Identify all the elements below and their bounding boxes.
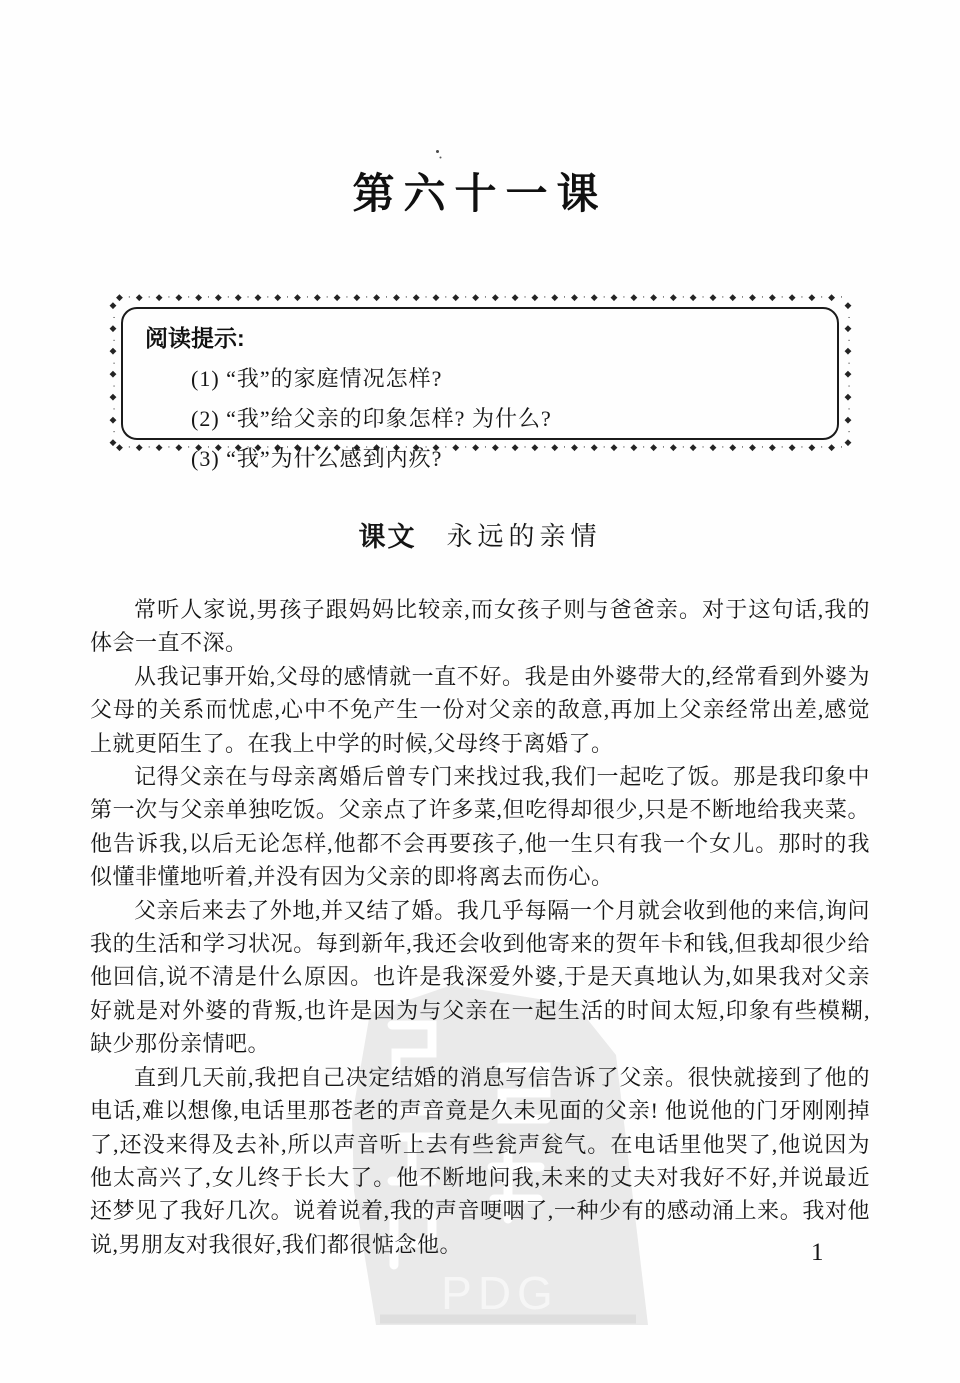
lesson-text-heading: 课文 永远的亲情 bbox=[0, 515, 960, 554]
body-paragraph-3: 记得父亲在与母亲离婚后曾专门来找过我,我们一起吃了饭。那是我印象中第一次与父亲单… bbox=[90, 760, 870, 894]
decorative-border-left: ◆·◆·◆·◆·◆·◆·◆·◆·◆·◆·◆·◆·◆·◆·◆·◆·◆·◆·◆·◆· bbox=[107, 301, 118, 446]
lesson-text-title: 永远的亲情 bbox=[446, 522, 601, 551]
reading-hints-box: ◆·◆·◆·◆·◆·◆·◆·◆·◆·◆·◆·◆·◆·◆·◆·◆·◆·◆·◆·◆·… bbox=[108, 295, 852, 452]
section-label: 课文 bbox=[358, 522, 416, 552]
textbook-page: PDG 第六十一课 ◆·◆·◆·◆·◆·◆·◆·◆·◆·◆·◆·◆·◆·◆·◆·… bbox=[0, 0, 960, 1383]
lesson-body: 常听人家说,男孩子跟妈妈比较亲,而女孩子则与爸爸亲。对于这句话,我的体会一直不深… bbox=[90, 593, 870, 1261]
decorative-border-top: ◆·◆·◆·◆·◆·◆·◆·◆·◆·◆·◆·◆·◆·◆·◆·◆·◆·◆·◆·◆·… bbox=[116, 293, 844, 304]
body-paragraph-4: 父亲后来去了外地,并又结了婚。我几乎每隔一个月就会收到他的来信,询问我的生活和学… bbox=[90, 894, 870, 1061]
reading-hint-question-3: (3) “我”为什么感到内疚? bbox=[191, 442, 817, 473]
scan-artifact-dot bbox=[436, 150, 439, 153]
body-paragraph-1: 常听人家说,男孩子跟妈妈比较亲,而女孩子则与爸爸亲。对于这句话,我的体会一直不深… bbox=[90, 593, 870, 660]
lesson-title: 第六十一课 bbox=[0, 0, 960, 221]
reading-hints-heading: 阅读提示: bbox=[145, 320, 817, 353]
body-paragraph-2: 从我记事开始,父母的感情就一直不好。我是由外婆带大的,经常看到外婆为父母的关系而… bbox=[90, 660, 870, 760]
body-paragraph-5: 直到几天前,我把自己决定结婚的消息写信告诉了父亲。很快就接到了他的电话,难以想像… bbox=[90, 1061, 870, 1261]
decorative-border-right: ◆·◆·◆·◆·◆·◆·◆·◆·◆·◆·◆·◆·◆·◆·◆·◆·◆·◆·◆·◆· bbox=[842, 301, 853, 446]
reading-hint-question-1: (1) “我”的家庭情况怎样? bbox=[191, 362, 817, 393]
reading-hints-inner-frame: 阅读提示: (1) “我”的家庭情况怎样? (2) “我”给父亲的印象怎样? 为… bbox=[121, 307, 839, 440]
page-number: 1 bbox=[811, 1239, 824, 1267]
reading-hint-question-2: (2) “我”给父亲的印象怎样? 为什么? bbox=[191, 402, 817, 433]
watermark-label: PDG bbox=[441, 1267, 559, 1319]
